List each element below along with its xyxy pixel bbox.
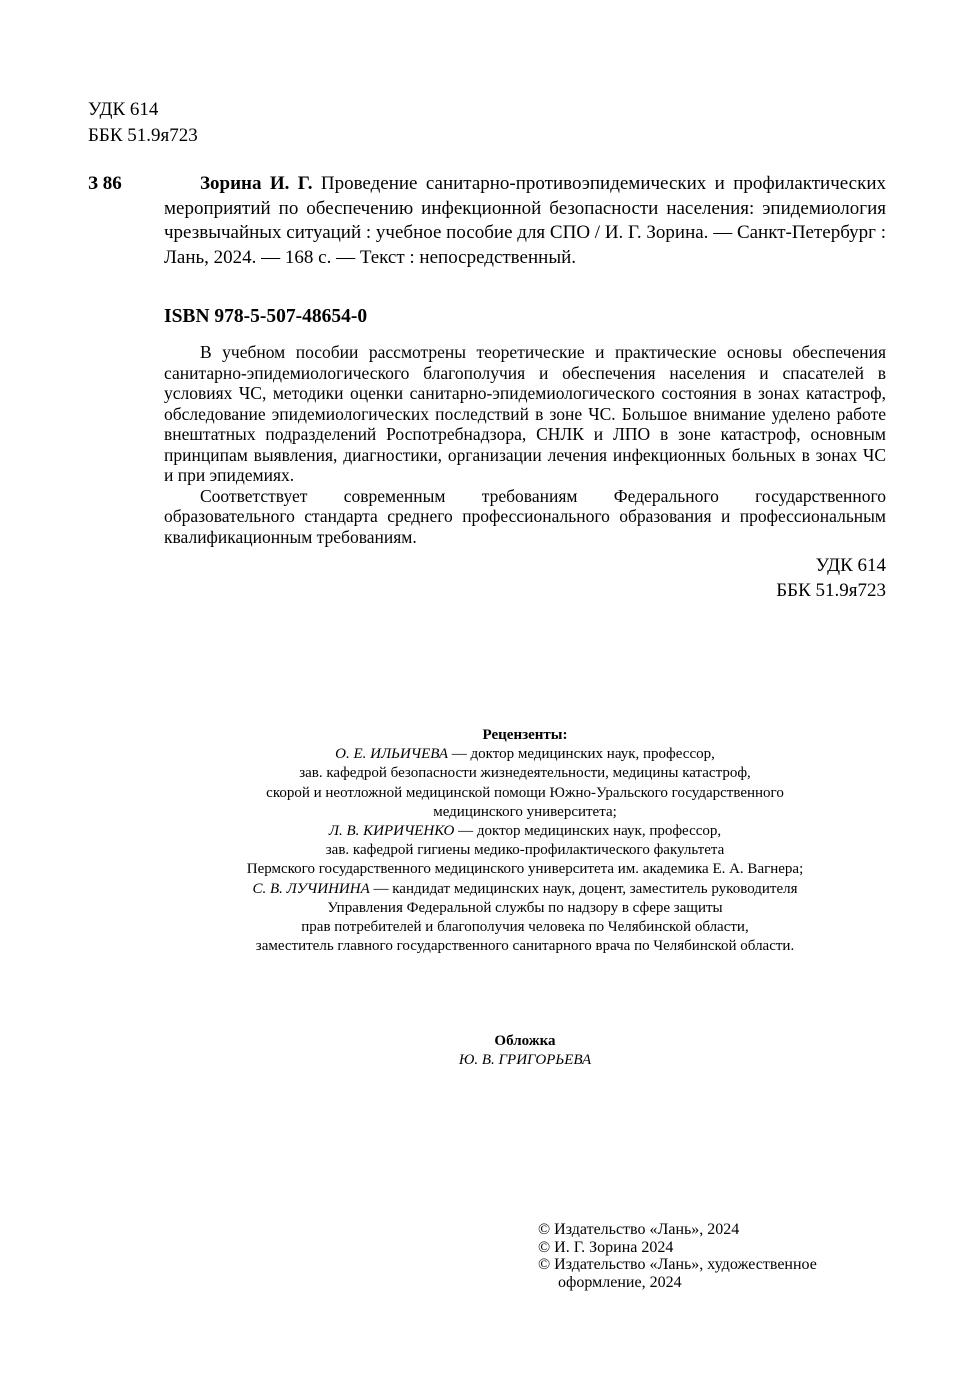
udk-code: УДК 614 (600, 553, 886, 578)
copyright-line: © Издательство «Лань», 2024 (538, 1221, 868, 1239)
classification-footer: УДК 614 ББК 51.9я723 (600, 553, 886, 603)
copyright-line: © И. Г. Зорина 2024 (538, 1239, 868, 1257)
cover-credit: Обложка Ю. В. ГРИГОРЬЕВА (320, 1032, 730, 1070)
cover-title: Обложка (320, 1032, 730, 1051)
author-mark: З 86 (88, 172, 122, 196)
annotation-paragraph: Соответствует современным требованиям Фе… (164, 486, 886, 548)
cover-designer: Ю. В. ГРИГОРЬЕВА (320, 1051, 730, 1070)
reviewer: С. В. ЛУЧИНИНА — кандидат медицинских на… (120, 880, 930, 957)
reviewers-section: Рецензенты: О. Е. ИЛЬИЧЕВА — доктор меди… (120, 726, 930, 956)
udk-code: УДК 614 (88, 97, 198, 123)
reviewer: О. Е. ИЛЬИЧЕВА — доктор медицинских наук… (120, 745, 930, 822)
reviewers-title: Рецензенты: (120, 726, 930, 745)
reviewer-name: С. В. ЛУЧИНИНА (252, 881, 369, 897)
reviewer-name: О. Е. ИЛЬИЧЕВА (335, 746, 448, 762)
classification-header: УДК 614 ББК 51.9я723 (88, 97, 198, 149)
copyright-line: оформление, 2024 (538, 1274, 868, 1292)
bibliographic-entry: Зорина И. Г. Проведение санитарно-против… (164, 172, 886, 270)
reviewer: Л. В. КИРИЧЕНКО — доктор медицинских нау… (120, 822, 930, 880)
isbn: ISBN 978-5-507-48654-0 (164, 305, 367, 329)
reviewer-name: Л. В. КИРИЧЕНКО (329, 823, 455, 839)
bbk-code: ББК 51.9я723 (88, 123, 198, 149)
annotation-paragraph: В учебном пособии рассмотрены теоретичес… (164, 342, 886, 486)
copyright-line: © Издательство «Лань», художественное (538, 1256, 868, 1274)
annotation: В учебном пособии рассмотрены теоретичес… (164, 342, 886, 547)
entry-author: Зорина И. Г. (200, 173, 321, 194)
copyright-block: © Издательство «Лань», 2024 © И. Г. Зори… (538, 1221, 868, 1291)
bbk-code: ББК 51.9я723 (600, 578, 886, 603)
